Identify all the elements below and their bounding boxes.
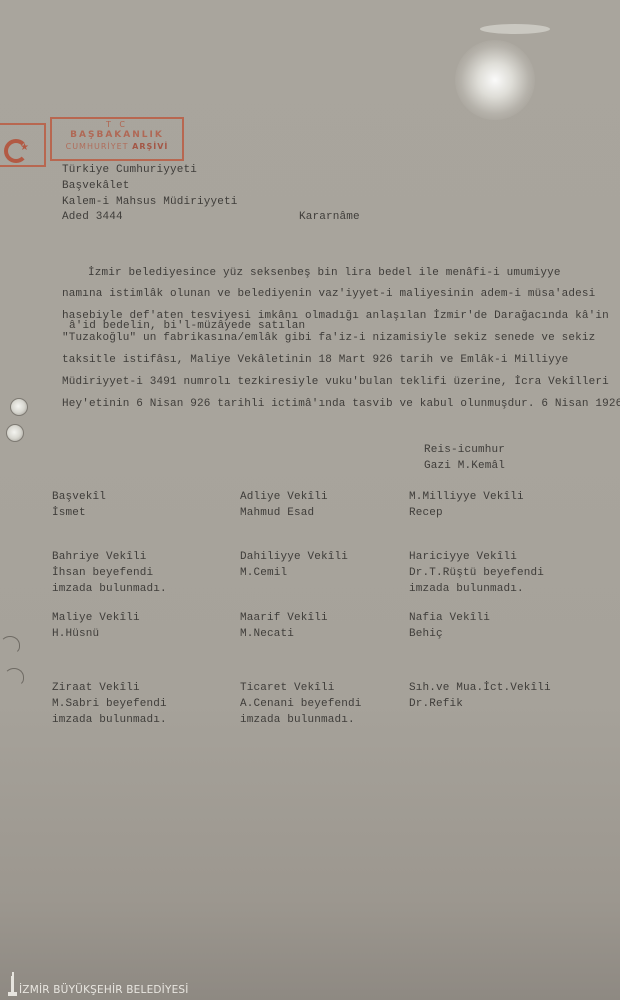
light-glare-streak [480, 24, 550, 34]
header-line-2: Başvekâlet [62, 180, 130, 193]
signatory-name: Recep [409, 507, 443, 520]
header-line-3: Kalem-i Mahsus Müdiriyyeti [62, 196, 238, 209]
signatory-title: Maliye Vekîli [52, 612, 140, 625]
body-line-6: Müdiriyyet-i 3491 numrolı tezkiresiyle v… [62, 376, 609, 389]
punch-hole-shadow [4, 668, 24, 686]
signatory-title: Dahiliyye Vekîli [240, 551, 348, 564]
signatory-title: Ziraat Vekîli [52, 682, 140, 695]
document-type: Kararnâme [299, 211, 360, 224]
signatory-name: İsmet [52, 507, 86, 520]
signatory-name: M.Sabri beyefendi [52, 698, 167, 711]
signatory-title: Ticaret Vekîli [240, 682, 335, 695]
signatory-note: imzada bulunmadı. [240, 714, 355, 727]
light-glare [455, 40, 535, 120]
stamp-line-3a: CUMHURİYET [66, 142, 129, 151]
signatory-name: Behiç [409, 628, 443, 641]
signatory-name: Dr.T.Rüştü beyefendi [409, 567, 544, 580]
punch-hole-shadow [0, 636, 20, 654]
header-line-1: Türkiye Cumhuriyyeti [62, 164, 197, 177]
signatory-title: Sıh.ve Mua.İct.Vekîli [409, 682, 551, 695]
signatory-title: Nafia Vekîli [409, 612, 490, 625]
body-line-5: taksitle istifâsı, Maliye Vekâletinin 18… [62, 354, 568, 367]
signatory-title: Maarif Vekîli [240, 612, 328, 625]
signatory-name: İhsan beyefendi [52, 567, 153, 580]
stamp-emblem-box: ★ [0, 123, 46, 167]
president-name: Gazi M.Kemâl [424, 460, 505, 473]
signatory-name: M.Cemil [240, 567, 287, 580]
clock-tower-icon [8, 972, 17, 996]
stamp-text-box: T C BAŞBAKANLIK CUMHURİYET ARŞİVİ [50, 117, 184, 161]
stamp-line-1: T C [52, 120, 182, 130]
archive-stamp: ★ T C BAŞBAKANLIK CUMHURİYET ARŞİVİ [0, 117, 182, 161]
stamp-line-3: CUMHURİYET ARŞİVİ [52, 141, 182, 152]
star-icon: ★ [20, 142, 29, 153]
signatory-title: Adliye Vekîli [240, 491, 328, 504]
signatory-title: Başvekîl [52, 491, 106, 504]
body-line-7: Hey'etinin 6 Nisan 926 tarihli ictimâ'ın… [62, 398, 620, 411]
watermark-text: İZMİR BÜYÜKŞEHİR BELEDİYESİ [19, 984, 189, 996]
signatory-note: imzada bulunmadı. [409, 583, 524, 596]
signatory-title: Hariciyye Vekîli [409, 551, 517, 564]
body-line-4: "Tuzakoğlu" un fabrikasına/emlâk gibi fa… [62, 332, 595, 345]
watermark: İZMİR BÜYÜKŞEHİR BELEDİYESİ [8, 972, 189, 996]
signatory-name: M.Necati [240, 628, 294, 641]
header-line-4: Aded 3444 [62, 211, 123, 224]
signatory-name: A.Cenani beyefendi [240, 698, 362, 711]
stamp-line-3b: ARŞİVİ [132, 142, 168, 151]
signatory-title: Bahriye Vekîli [52, 551, 147, 564]
body-line-2: namına istimlâk olunan ve belediyenin va… [62, 288, 595, 301]
signatory-note: imzada bulunmadı. [52, 714, 167, 727]
president-title: Reis-icumhur [424, 444, 505, 457]
signatory-name: Dr.Refik [409, 698, 463, 711]
punch-hole [10, 398, 28, 416]
signatory-name: Mahmud Esad [240, 507, 314, 520]
punch-hole [6, 424, 24, 442]
signatory-note: imzada bulunmadı. [52, 583, 167, 596]
stamp-line-2: BAŞBAKANLIK [52, 130, 182, 141]
signatory-title: M.Milliyye Vekîli [409, 491, 524, 504]
body-line-1: İzmir belediyesince yüz seksenbeş bin li… [88, 267, 561, 280]
signatory-name: H.Hüsnü [52, 628, 99, 641]
